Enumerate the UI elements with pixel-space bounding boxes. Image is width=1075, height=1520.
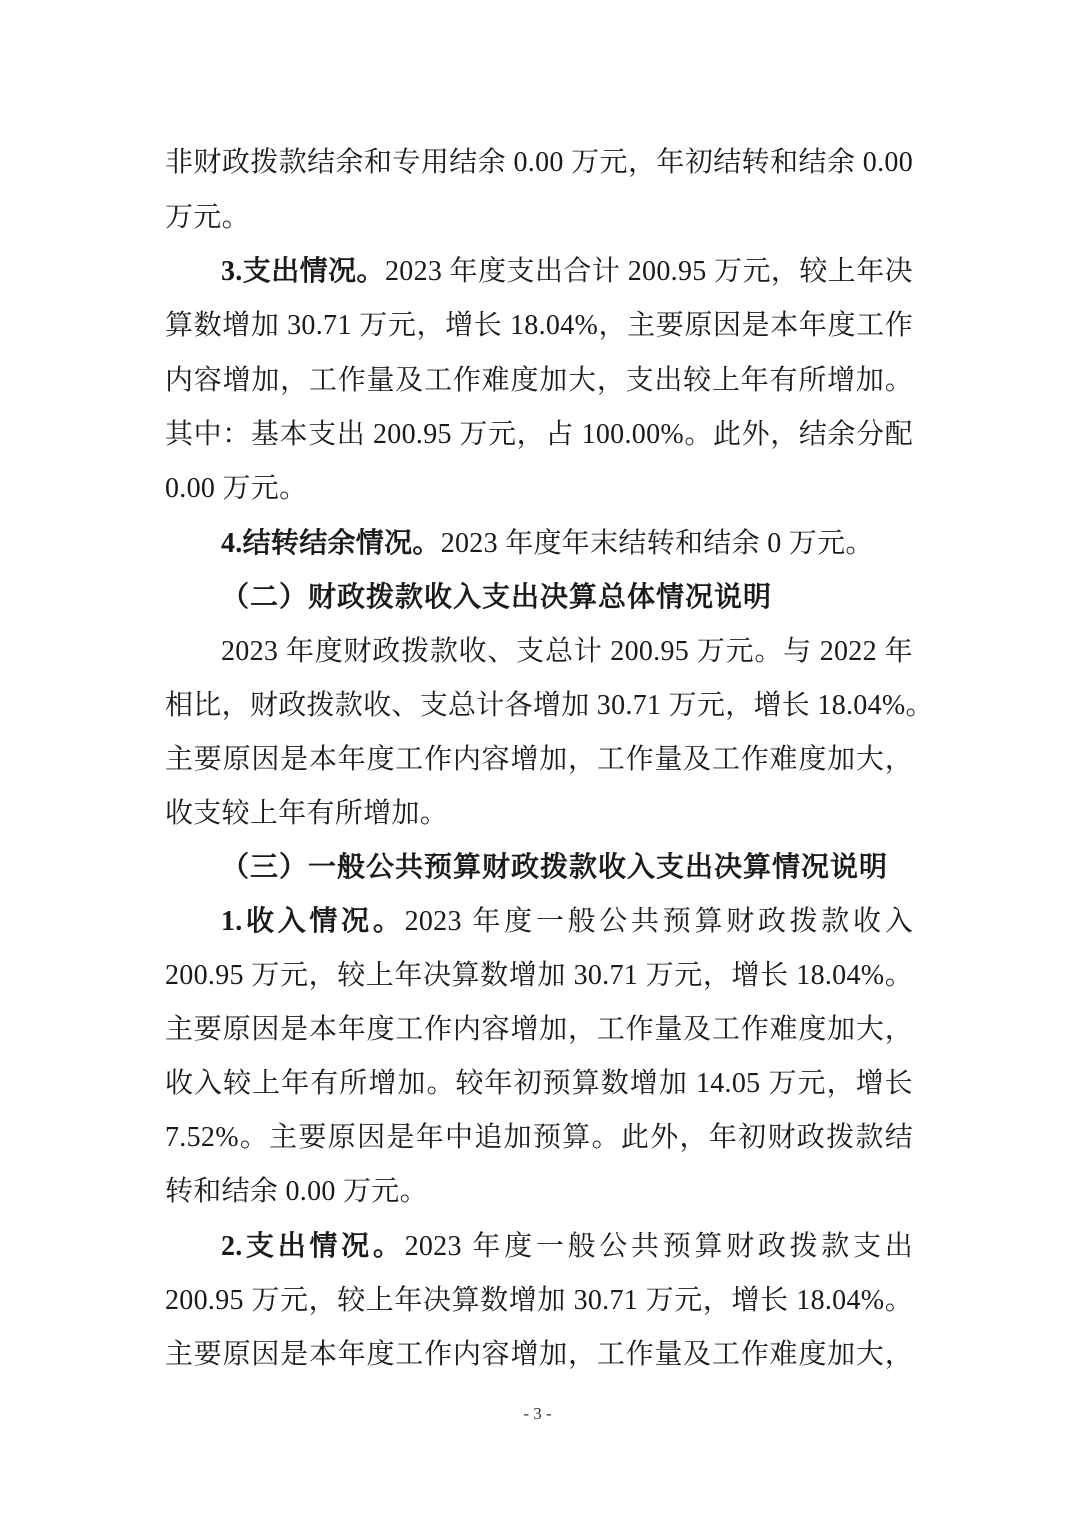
paragraph-line: 内容增加，工作量及工作难度加大，支出较上年有所增加。 — [165, 354, 913, 408]
section-heading-2: （二）财政拨款收入支出决算总体情况说明 — [221, 571, 969, 625]
paragraph-line: 收支较上年有所增加。 — [165, 787, 913, 841]
section-4-carryover: 4.结转结余情况。2023 年度年末结转和结余 0 万元。 — [221, 517, 913, 571]
section-1-income: 1.收入情况。2023 年度一般公共预算财政拨款收入 — [221, 895, 913, 949]
subheading-label: 4.结转结余情况。 — [221, 528, 441, 559]
paragraph-line: 主要原因是本年度工作内容增加，工作量及工作难度加大， — [165, 1003, 913, 1057]
document-page: 非财政拨款结余和专用结余 0.00 万元，年初结转和结余 0.00 万元。 3.… — [0, 0, 1075, 1520]
paragraph-text: 2023 年度支出合计 200.95 万元，较上年决 — [385, 256, 913, 287]
section-heading-3: （三）一般公共预算财政拨款收入支出决算情况说明 — [221, 841, 969, 895]
paragraph-line: 转和结余 0.00 万元。 — [165, 1165, 913, 1219]
paragraph-line: 万元。 — [165, 191, 913, 245]
paragraph-line: 相比，财政拨款收、支总计各增加 30.71 万元，增长 18.04%。 — [165, 679, 913, 733]
section-2-expenditure: 2.支出情况。2023 年度一般公共预算财政拨款支出 — [221, 1220, 913, 1274]
paragraph-line: 其中：基本支出 200.95 万元，占 100.00%。此外，结余分配 — [165, 408, 913, 462]
subheading-label: 1.收入情况。 — [221, 906, 405, 937]
paragraph-line: 200.95 万元，较上年决算数增加 30.71 万元，增长 18.04%。 — [165, 949, 913, 1003]
section-3-expenditure: 3.支出情况。2023 年度支出合计 200.95 万元，较上年决 — [221, 245, 913, 299]
paragraph-line: 0.00 万元。 — [165, 462, 913, 516]
paragraph-line: 主要原因是本年度工作内容增加，工作量及工作难度加大， — [165, 733, 913, 787]
paragraph-line: 2023 年度财政拨款收、支总计 200.95 万元。与 2022 年 — [221, 625, 913, 679]
paragraph-text: 2023 年度一般公共预算财政拨款收入 — [405, 906, 913, 937]
paragraph-text: 2023 年度一般公共预算财政拨款支出 — [405, 1231, 913, 1262]
paragraph-line: 7.52%。主要原因是年中追加预算。此外，年初财政拨款结 — [165, 1111, 913, 1165]
paragraph-text: 2023 年度年末结转和结余 0 万元。 — [441, 528, 874, 559]
paragraph-line: 算数增加 30.71 万元，增长 18.04%，主要原因是本年度工作 — [165, 299, 913, 353]
paragraph-line: 主要原因是本年度工作内容增加，工作量及工作难度加大， — [165, 1328, 913, 1382]
paragraph-line: 收入较上年有所增加。较年初预算数增加 14.05 万元，增长 — [165, 1057, 913, 1111]
paragraph-line: 200.95 万元，较上年决算数增加 30.71 万元，增长 18.04%。 — [165, 1274, 913, 1328]
page-number: - 3 - — [0, 1404, 1075, 1424]
subheading-label: 3.支出情况。 — [221, 256, 385, 287]
paragraph-line: 非财政拨款结余和专用结余 0.00 万元，年初结转和结余 0.00 — [165, 136, 913, 190]
subheading-label: 2.支出情况。 — [221, 1231, 405, 1262]
